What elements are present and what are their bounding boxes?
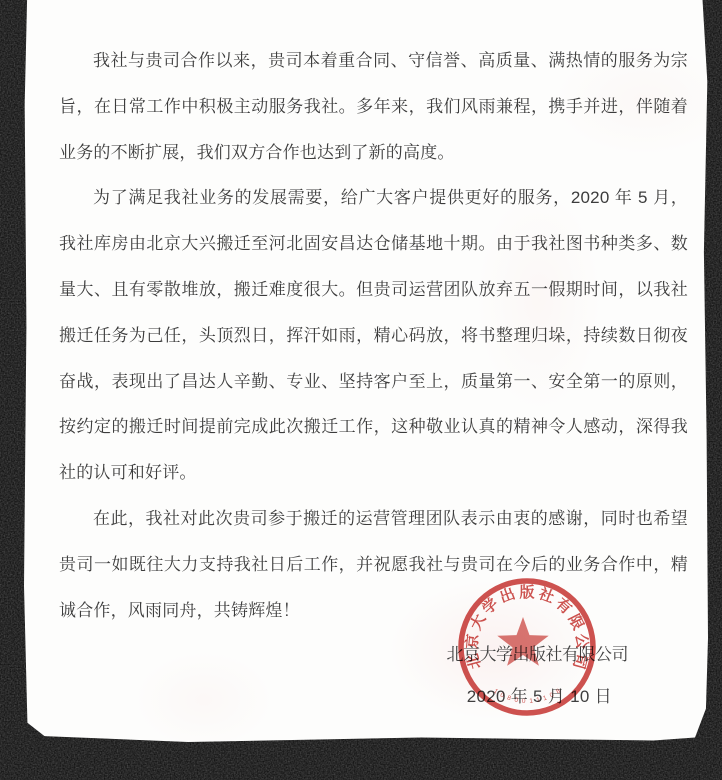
seal-code: 1080011108 — [492, 687, 562, 705]
paragraph-relocation: 为了满足我社业务的发展需要，给广大客户提供更好的服务，2020 年 5 月，我社… — [59, 175, 688, 496]
seal-star-icon — [497, 617, 548, 666]
company-seal: 北京大学出版社有限公司 1080011108 — [442, 562, 612, 732]
letter-page: 我社与贵司合作以来，贵司本着重合同、守信誉、高质量、满热情的服务为宗旨，在日常工… — [24, 0, 708, 742]
paragraph-cooperation: 我社与贵司合作以来，贵司本着重合同、守信誉、高质量、满热情的服务为宗旨，在日常工… — [59, 38, 688, 175]
letter-body: 我社与贵司合作以来，贵司本着重合同、守信誉、高质量、满热情的服务为宗旨，在日常工… — [59, 38, 688, 633]
letter-photo: 我社与贵司合作以来，贵司本着重合同、守信誉、高质量、满热情的服务为宗旨，在日常工… — [0, 0, 722, 780]
